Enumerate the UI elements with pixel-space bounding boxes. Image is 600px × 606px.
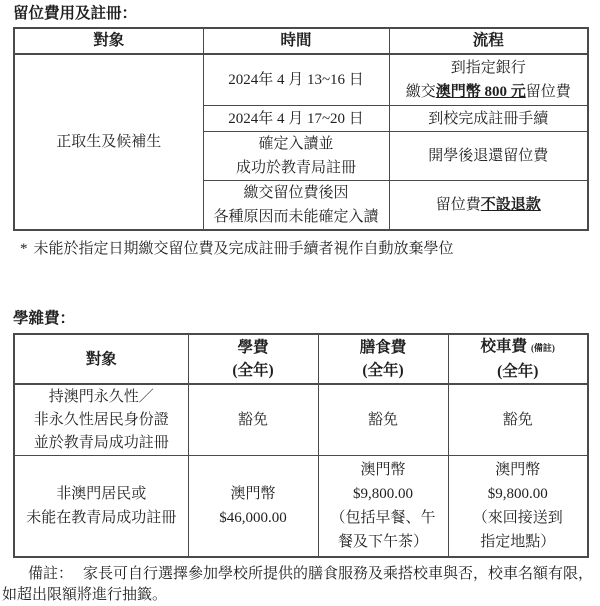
table2-row1-tuition-cell: 豁免 bbox=[188, 384, 318, 456]
table1-row-1: 正取生及候補生 2024年 4 月 13~16 日 到指定銀行 繳交澳門幣 80… bbox=[14, 54, 588, 106]
table1-row3-time-cell: 確定入讀並 成功於教青局註冊 bbox=[203, 132, 389, 181]
table2-header-meal: 膳食費 (全年) bbox=[318, 334, 448, 384]
table2-row1-subject-cell: 持澳門永久性／ 非永久性居民身份證 並於教青局成功註冊 bbox=[14, 384, 188, 456]
amount-line: $46,000.00 bbox=[191, 506, 316, 530]
reservation-fee-table: 對象 時間 流程 正取生及候補生 2024年 4 月 13~16 日 到指定銀行… bbox=[13, 27, 589, 231]
header-line: (全年) bbox=[321, 359, 446, 382]
amount-line: $9,800.00 bbox=[321, 482, 446, 506]
header-text: 校車費 bbox=[481, 338, 528, 355]
table1-row3-process-cell: 開學後退還留位費 bbox=[389, 132, 588, 181]
header-line: (全年) bbox=[191, 359, 316, 382]
table1-header-subject: 對象 bbox=[14, 28, 203, 54]
table2-header-tuition: 學費 (全年) bbox=[188, 334, 318, 384]
table1-row2-time-cell: 2024年 4 月 17~20 日 bbox=[203, 106, 389, 132]
process-text: 留位費 bbox=[526, 84, 571, 100]
amount-line: 餐及下午茶） bbox=[321, 530, 446, 554]
subject-line: 非永久性居民身份證 bbox=[17, 409, 186, 432]
table1-row1-process-cell: 到指定銀行 繳交澳門幣 800 元留位費 bbox=[389, 54, 588, 106]
subject-line: 非澳門居民或 bbox=[17, 482, 186, 506]
document-page: 留位費用及註冊： 對象 時間 流程 正取生及候補生 2024年 4 月 13~1… bbox=[0, 0, 600, 606]
table1-row4-process-cell: 留位費不設退款 bbox=[389, 181, 588, 231]
time-line: 各種原因而未能確定入讀 bbox=[206, 205, 387, 229]
header-line: 校車費 (備註) bbox=[451, 335, 586, 360]
amount-line: 澳門幣 bbox=[191, 482, 316, 506]
process-emphasis: 不設退款 bbox=[481, 197, 541, 213]
subject-line: 並於教青局成功註冊 bbox=[17, 432, 186, 455]
process-text: 繳交 bbox=[406, 84, 436, 100]
table2-row2-subject-cell: 非澳門居民或 未能在教青局成功註冊 bbox=[14, 456, 188, 558]
time-line: 繳交留位費後因 bbox=[206, 181, 387, 205]
footnote-marker: * bbox=[20, 241, 28, 257]
subject-line: 持澳門永久性／ bbox=[17, 386, 186, 409]
table1-subject-cell: 正取生及候補生 bbox=[14, 54, 203, 230]
header-line: (全年) bbox=[451, 360, 586, 383]
tuition-fee-table: 對象 學費 (全年) 膳食費 (全年) 校車費 (備註) (全年) 持澳門永久性… bbox=[13, 333, 589, 558]
process-line: 到指定銀行 bbox=[392, 56, 586, 80]
section-title-reservation: 留位費用及註冊： bbox=[13, 4, 600, 24]
note-label: 備註： bbox=[28, 566, 73, 582]
time-line: 成功於教青局註冊 bbox=[206, 156, 387, 180]
bus-note-ref: (備註) bbox=[531, 343, 555, 353]
note-text-line1: 家長可自行選擇參加學校所提供的膳食服務及乘搭校車與否，校車名額 bbox=[83, 566, 548, 582]
table2-header-row: 對象 學費 (全年) 膳食費 (全年) 校車費 (備註) (全年) bbox=[14, 334, 588, 384]
amount-line: 澳門幣 bbox=[321, 458, 446, 482]
table2-row2-meal-cell: 澳門幣 $9,800.00 （包括早餐、午 餐及下午茶） bbox=[318, 456, 448, 558]
subject-line: 未能在教青局成功註冊 bbox=[17, 506, 186, 530]
process-emphasis: 澳門幣 800 元 bbox=[436, 84, 526, 100]
table1-row1-time-cell: 2024年 4 月 13~16 日 bbox=[203, 54, 389, 106]
header-line: 學費 bbox=[191, 336, 316, 359]
table1-header-time: 時間 bbox=[203, 28, 389, 54]
table2-row1-bus-cell: 豁免 bbox=[448, 384, 588, 456]
amount-line: （來回接送到 bbox=[451, 506, 586, 530]
process-text: 留位費 bbox=[436, 197, 481, 213]
table2-row2-tuition-cell: 澳門幣 $46,000.00 bbox=[188, 456, 318, 558]
fees-remark: 備註：家長可自行選擇參加學校所提供的膳食服務及乘搭校車與否，校車名額有限，如超出… bbox=[2, 564, 594, 606]
table2-header-subject: 對象 bbox=[14, 334, 188, 384]
table2-row-1: 持澳門永久性／ 非永久性居民身份證 並於教青局成功註冊 豁免 豁免 豁免 bbox=[14, 384, 588, 456]
table2-row-2: 非澳門居民或 未能在教青局成功註冊 澳門幣 $46,000.00 澳門幣 $9,… bbox=[14, 456, 588, 558]
process-line: 繳交澳門幣 800 元留位費 bbox=[392, 80, 586, 104]
header-line: 膳食費 bbox=[321, 336, 446, 359]
table2-row1-meal-cell: 豁免 bbox=[318, 384, 448, 456]
table2-header-bus: 校車費 (備註) (全年) bbox=[448, 334, 588, 384]
table1-header-row: 對象 時間 流程 bbox=[14, 28, 588, 54]
amount-line: （包括早餐、午 bbox=[321, 506, 446, 530]
amount-line: $9,800.00 bbox=[451, 482, 586, 506]
footnote-text: 未能於指定日期繳交留位費及完成註冊手續者視作自動放棄學位 bbox=[34, 241, 454, 257]
amount-line: 指定地點） bbox=[451, 530, 586, 554]
table1-row4-time-cell: 繳交留位費後因 各種原因而未能確定入讀 bbox=[203, 181, 389, 231]
table1-header-process: 流程 bbox=[389, 28, 588, 54]
amount-line: 澳門幣 bbox=[451, 458, 586, 482]
table2-row2-bus-cell: 澳門幣 $9,800.00 （來回接送到 指定地點） bbox=[448, 456, 588, 558]
section-title-fees: 學雜費： bbox=[13, 309, 600, 329]
time-line: 確定入讀並 bbox=[206, 132, 387, 156]
table1-row2-process-cell: 到校完成註冊手續 bbox=[389, 106, 588, 132]
reservation-footnote: *未能於指定日期繳交留位費及完成註冊手續者視作自動放棄學位 bbox=[20, 239, 600, 259]
